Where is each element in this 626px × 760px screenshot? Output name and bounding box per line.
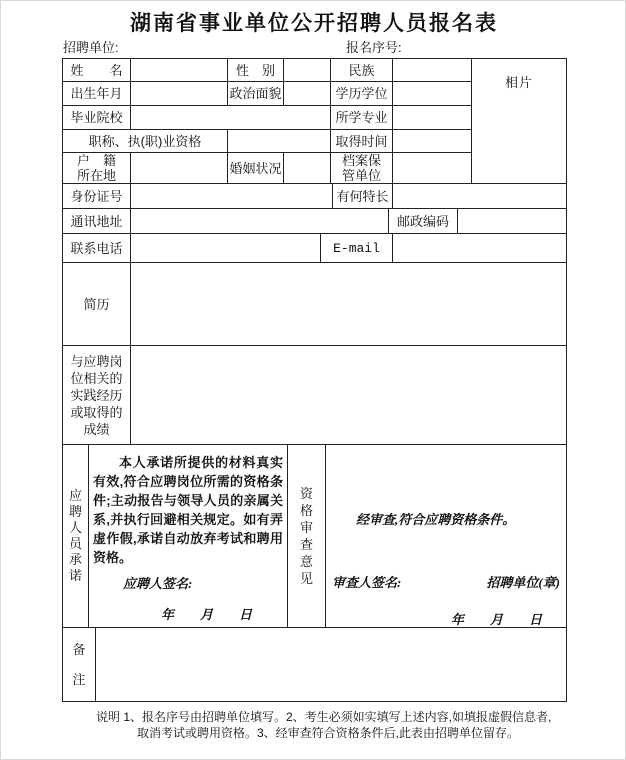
residence-label: 户 籍 所在地 (63, 153, 131, 184)
remark-label: 备 注 (63, 628, 96, 701)
birth-date-label: 出生年月 (63, 82, 131, 106)
page-title: 湖南省事业单位公开招聘人员报名表 (1, 7, 626, 37)
commitment-text: 本人承诺所提供的材料真实有效,符合应聘岗位所需的资格条件;主动报告与领导人员的亲… (93, 453, 283, 567)
reviewer-signature-label: 审查人签名: (332, 572, 401, 591)
applicant-commitment-side-label: 应聘人员承诺 (63, 445, 89, 628)
instructions-line-1: 说明 1、报名序号由招聘单位填写。2、考生必须如实填写上述内容,如填报虚假信息者… (96, 709, 551, 725)
email-input-cell[interactable] (393, 234, 566, 263)
education-degree-label: 学历学位 (331, 82, 393, 106)
gender-label: 性 别 (228, 59, 284, 82)
postcode-input-cell[interactable] (458, 209, 566, 234)
major-input-cell[interactable] (393, 106, 472, 130)
id-number-label: 身份证号 (63, 184, 131, 209)
resume-input-cell[interactable] (131, 263, 566, 346)
political-status-label: 政治面貌 (228, 82, 284, 106)
qualification-review-side-label: 资格 审查 意见 (288, 445, 326, 628)
gender-input-cell[interactable] (284, 59, 331, 82)
marital-status-input-cell[interactable] (284, 153, 331, 184)
experience-input-cell[interactable] (131, 346, 566, 445)
recruit-unit-seal-label: 招聘单位(章) (486, 572, 560, 591)
name-label: 姓 名 (63, 59, 131, 82)
serial-number-label: 报名序号: (346, 37, 402, 56)
postcode-label: 邮政编码 (389, 209, 458, 234)
experience-label: 与应聘岗位相关的实践经历或取得的成绩 (63, 346, 131, 445)
education-degree-input-cell[interactable] (393, 82, 472, 106)
ethnicity-input-cell[interactable] (393, 59, 472, 82)
major-label: 所学专业 (331, 106, 393, 130)
photo-placeholder[interactable]: 相片 (472, 59, 566, 184)
instructions-line-2: 取消考试或聘用资格。3、经审查符合资格条件后,此表由招聘单位留存。 (137, 725, 519, 741)
graduate-school-input-cell[interactable] (131, 106, 331, 130)
registration-form-table: 姓 名 性 别 民族 相片 出生年月 政治面貌 学历学位 毕业院校 所学专业 职… (62, 58, 567, 702)
resume-label: 简历 (63, 263, 131, 346)
applicant-signature-date: 年 月 日 (161, 604, 283, 623)
phone-label: 联系电话 (63, 234, 131, 263)
obtain-time-label: 取得时间 (331, 130, 393, 153)
address-input-cell[interactable] (131, 209, 389, 234)
qualification-label: 职称、执(职)业资格 (63, 130, 228, 153)
commitment-cell[interactable]: 本人承诺所提供的材料真实有效,符合应聘岗位所需的资格条件;主动报告与领导人员的亲… (89, 445, 288, 628)
review-conclusion-text: 经审查,符合应聘资格条件。 (356, 509, 560, 528)
ethnicity-label: 民族 (331, 59, 393, 82)
archive-unit-label: 档案保 管单位 (331, 153, 393, 184)
qualification-input-cell[interactable] (228, 130, 331, 153)
address-label: 通讯地址 (63, 209, 131, 234)
applicant-signature-label: 应聘人签名: (123, 573, 283, 592)
review-date: 年 月 日 (332, 609, 542, 628)
graduate-school-label: 毕业院校 (63, 106, 131, 130)
review-opinion-cell[interactable]: 经审查,符合应聘资格条件。 审查人签名: 招聘单位(章) 年 月 日 (326, 445, 566, 628)
phone-input-cell[interactable] (131, 234, 321, 263)
archive-unit-input-cell[interactable] (393, 153, 472, 184)
residence-input-cell[interactable] (131, 153, 228, 184)
marital-status-label: 婚姻状况 (228, 153, 284, 184)
email-label: E-mail (321, 234, 393, 263)
obtain-time-input-cell[interactable] (393, 130, 472, 153)
remark-input-cell[interactable] (96, 628, 566, 701)
id-number-input-cell[interactable] (131, 184, 333, 209)
name-input-cell[interactable] (131, 59, 228, 82)
political-status-input-cell[interactable] (284, 82, 331, 106)
specialty-input-cell[interactable] (393, 184, 566, 209)
specialty-label: 有何特长 (333, 184, 393, 209)
birth-date-input-cell[interactable] (131, 82, 228, 106)
recruit-unit-label: 招聘单位: (63, 37, 119, 56)
